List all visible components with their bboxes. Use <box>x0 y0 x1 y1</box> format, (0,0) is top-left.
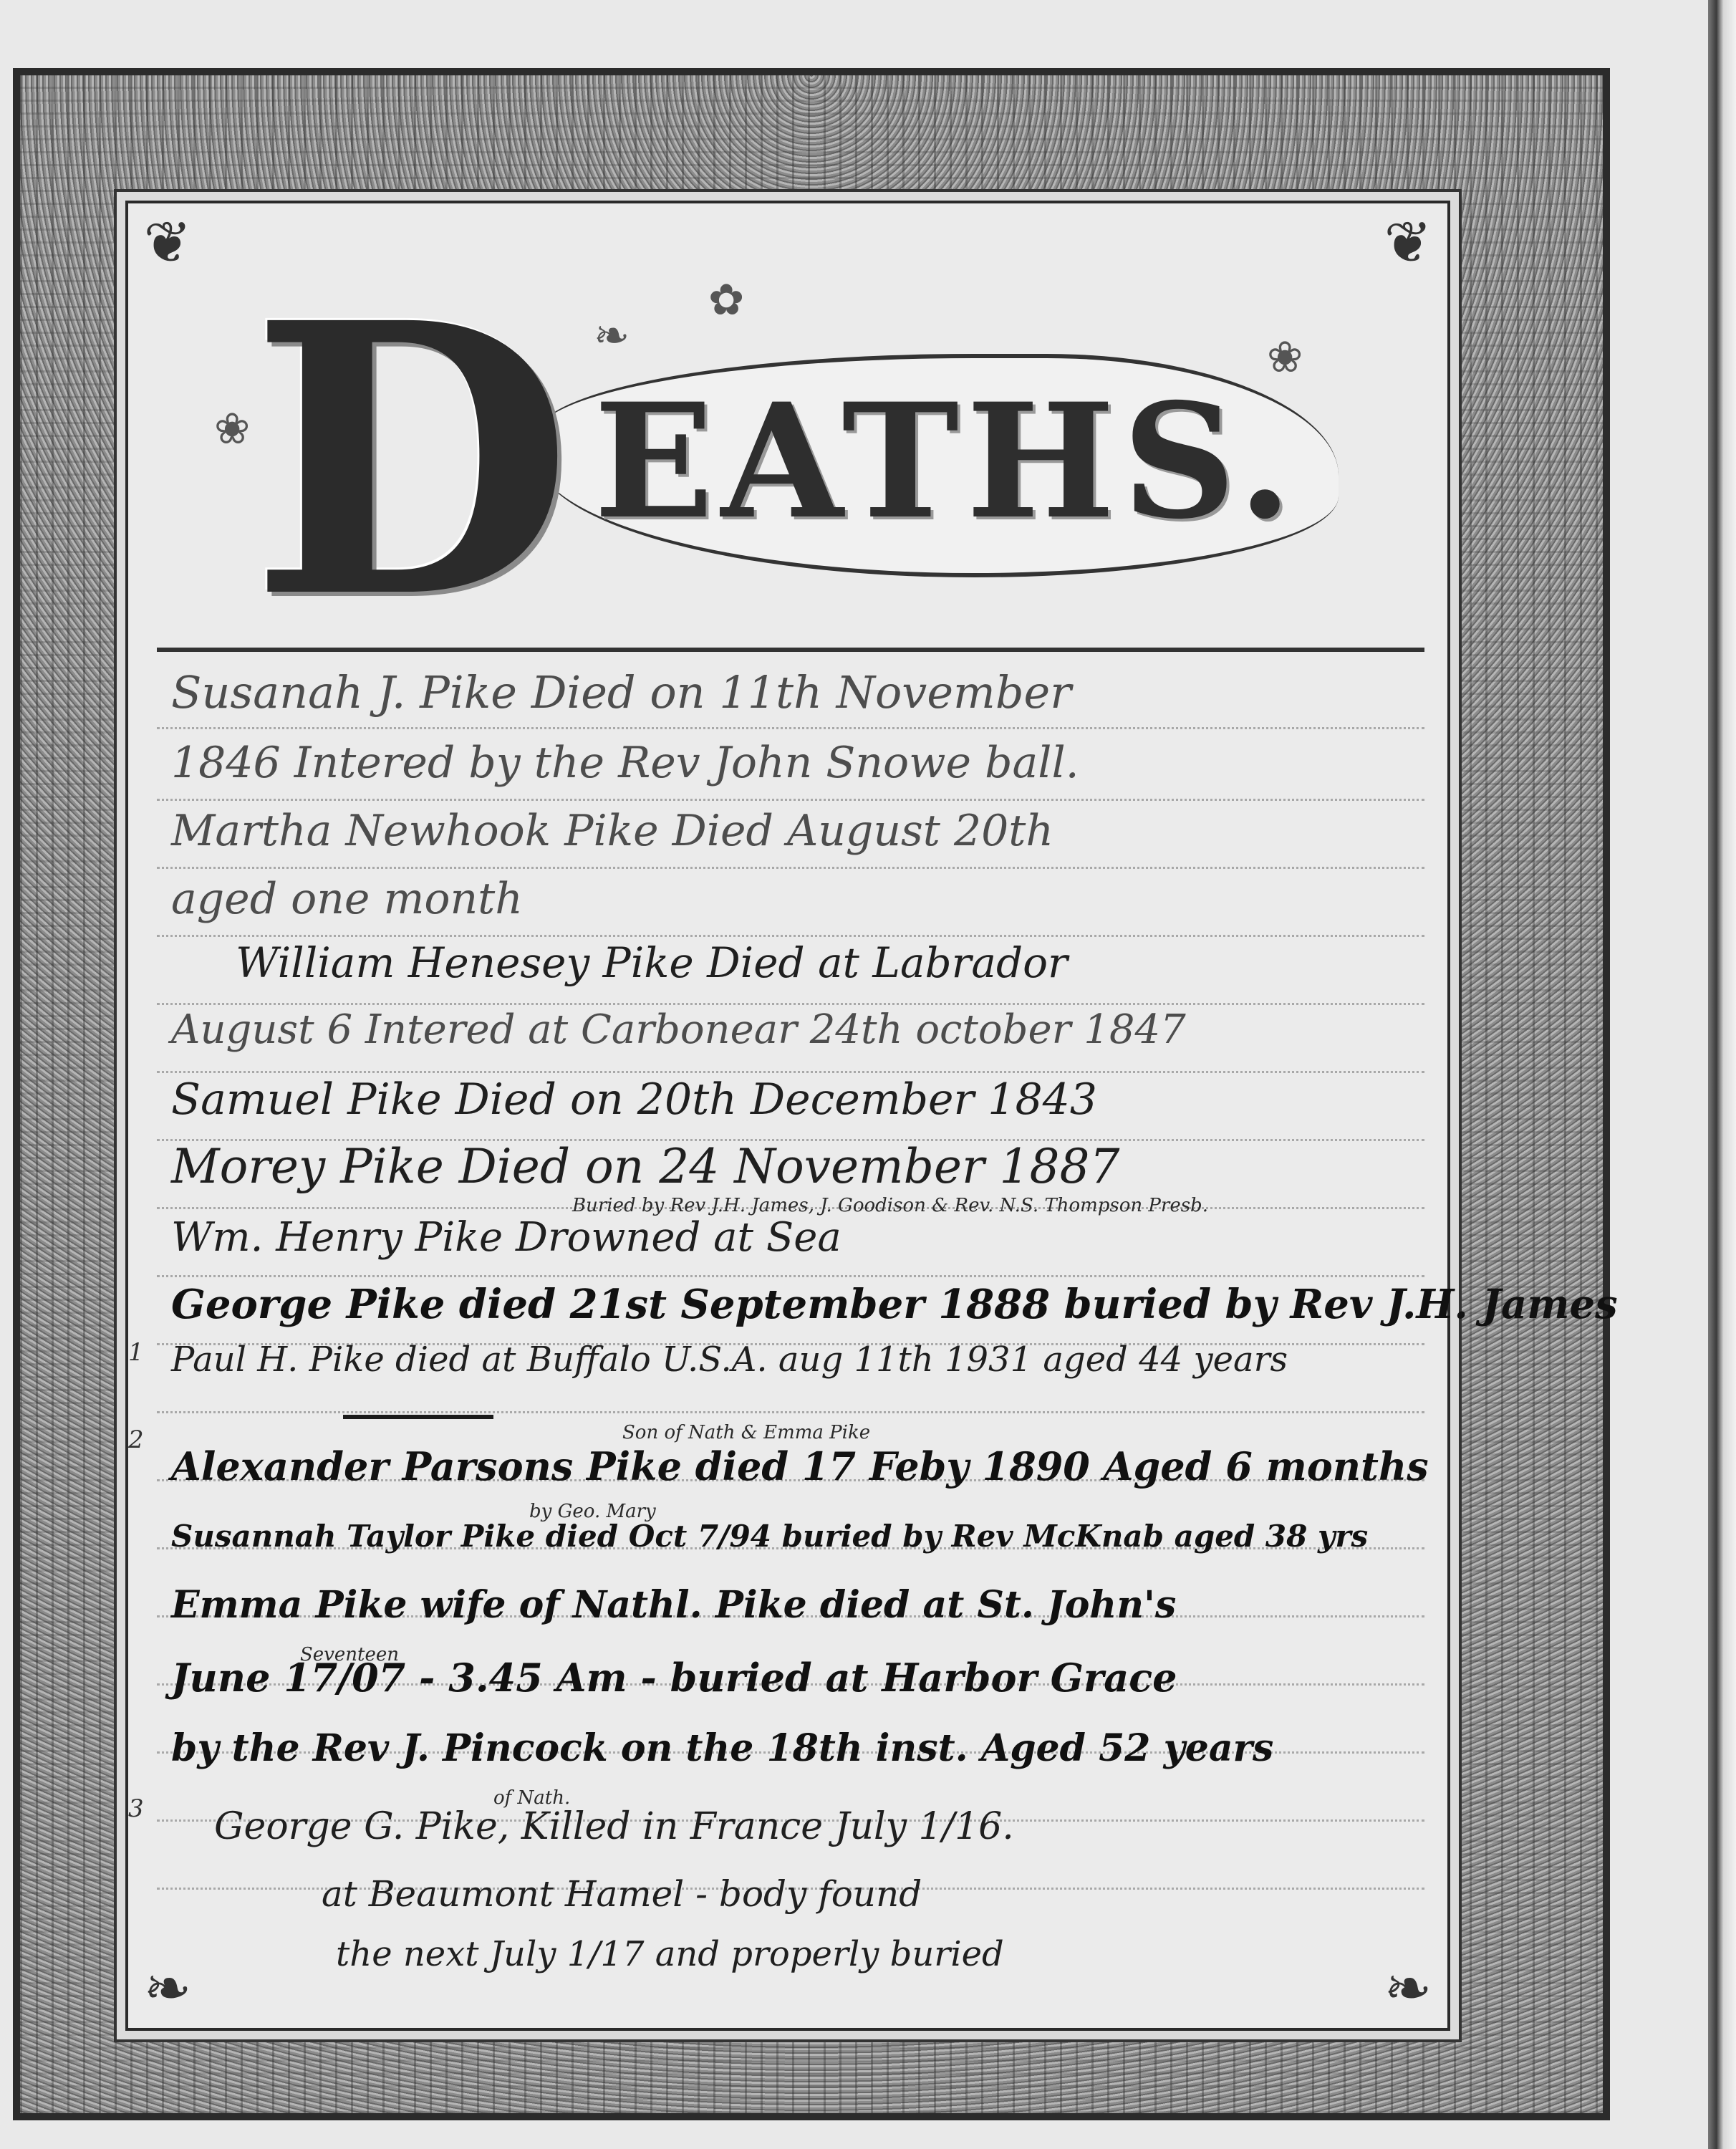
entry-line: Susanah J. Pike Died on 11th November <box>171 666 1071 718</box>
entry-line: Paul H. Pike died at Buffalo U.S.A. aug … <box>171 1340 1288 1380</box>
entry-line: Martha Newhook Pike Died August 20th <box>171 806 1053 856</box>
entry-line: William Henesey Pike Died at Labrador <box>236 938 1068 987</box>
register-page: ❦ ❦ ❧ ❧ ❀ ✿ ❧ ❀ D EATHS. Susanah J. Pike… <box>125 201 1450 2031</box>
parents-annotation: Son of Nath & Emma Pike <box>622 1422 870 1443</box>
page-edge <box>1708 0 1736 2149</box>
rule-line <box>157 727 1424 729</box>
title-initial: D <box>250 275 573 648</box>
entry-line: George Pike died 21st September 1888 bur… <box>171 1281 1618 1328</box>
entry-line: Samuel Pike Died on 20th December 1843 <box>171 1074 1097 1125</box>
margin-number: 3 <box>128 1794 144 1823</box>
rule-line <box>157 799 1424 801</box>
entry-line: Morey Pike Died on 24 November 1887 <box>171 1139 1119 1194</box>
entry-line: at Beaumont Hamel - body found <box>322 1873 922 1915</box>
entry-line: aged one month <box>171 874 523 924</box>
entry-line: 1846 Intered by the Rev John Snowe ball. <box>171 738 1079 788</box>
page-title: EATHS. <box>594 375 1300 547</box>
rule-line <box>157 1003 1424 1005</box>
entry-line: Alexander Parsons Pike died 17 Feby 1890… <box>171 1443 1429 1489</box>
rose-icon: ✿ <box>708 275 744 325</box>
entry-line: August 6 Intered at Carbonear 24th octob… <box>171 1006 1186 1053</box>
underline-mark <box>343 1415 493 1419</box>
entry-line: the next July 1/17 and properly buried <box>336 1934 1004 1974</box>
entry-line: Emma Pike wife of Nathl. Pike died at St… <box>171 1583 1176 1627</box>
entry-line: June 17/07 - 3.45 Am - buried at Harbor … <box>171 1655 1177 1701</box>
margin-number: 2 <box>128 1426 144 1454</box>
entry-line: by the Rev J. Pincock on the 18th inst. … <box>171 1726 1273 1770</box>
entries-area: Susanah J. Pike Died on 11th November 18… <box>157 648 1424 1999</box>
entry-line: George G. Pike, Killed in France July 1/… <box>214 1805 1014 1848</box>
rule-line <box>157 935 1424 937</box>
margin-number: 1 <box>128 1338 144 1367</box>
rule-line <box>157 1071 1424 1073</box>
page-header: ❀ ✿ ❧ ❀ D EATHS. <box>193 246 1396 648</box>
rule-line <box>157 1411 1424 1413</box>
burial-annotation: Buried by Rev J.H. James, J. Goodison & … <box>572 1195 1208 1216</box>
entry-line: Wm. Henry Pike Drowned at Sea <box>171 1214 842 1261</box>
rule-line <box>157 867 1424 869</box>
leaf-icon: ❧ <box>594 311 630 361</box>
rule-line <box>157 1275 1424 1277</box>
entry-line: Susannah Taylor Pike died Oct 7/94 burie… <box>171 1519 1368 1554</box>
floral-vine-icon: ❀ <box>214 404 250 454</box>
